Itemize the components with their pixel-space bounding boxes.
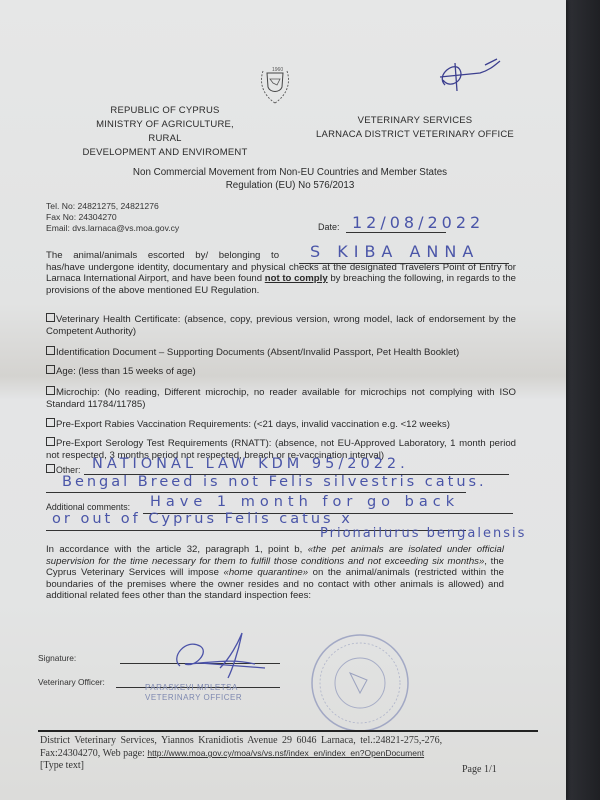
header-service: VETERINARY SERVICES bbox=[295, 114, 535, 128]
checklist-label: Microchip: (No reading, Different microc… bbox=[46, 387, 516, 410]
ministry-header: REPUBLIC OF CYPRUS MINISTRY OF AGRICULTU… bbox=[80, 104, 250, 160]
stamp-officer-name: PARASKEVI MPLETSA bbox=[145, 683, 242, 693]
contact-email: Email: dvs.larnaca@vs.moa.gov.cy bbox=[46, 223, 179, 234]
checkbox[interactable] bbox=[46, 437, 55, 446]
date-label: Date: bbox=[318, 222, 340, 232]
other-line-2 bbox=[46, 492, 466, 493]
footer-fax: Fax:24304270, Web page: bbox=[40, 748, 147, 759]
checklist-item-rabies: Pre-Export Rabies Vaccination Requiremen… bbox=[46, 418, 516, 431]
owner-name-value: S KIBA ANNA bbox=[310, 242, 479, 261]
checklist-label: Pre-Export Rabies Vaccination Requiremen… bbox=[56, 419, 450, 430]
footer-line1: District Veterinary Services, Yiannos Kr… bbox=[40, 735, 540, 747]
title-regulation: Regulation (EU) No 576/2013 bbox=[60, 179, 520, 192]
checkbox[interactable] bbox=[46, 418, 55, 427]
checklist-label: Veterinary Health Certificate: (absence,… bbox=[46, 314, 516, 337]
comments-handwritten-3: Prionailurus bengalensis bbox=[320, 526, 526, 541]
header-country: REPUBLIC OF CYPRUS bbox=[80, 104, 250, 118]
checkbox[interactable] bbox=[46, 464, 55, 473]
article-paragraph: In accordance with the article 32, parag… bbox=[46, 544, 504, 602]
document-title: Non Commercial Movement from Non-EU Coun… bbox=[60, 166, 520, 192]
comments-handwritten-1: Have 1 month for go back bbox=[150, 494, 459, 510]
checklist-label: Age: (less than 15 weeks of age) bbox=[56, 366, 196, 377]
header-ministry-line1: MINISTRY OF AGRICULTURE, RURAL bbox=[80, 118, 250, 146]
header-office: LARNACA DISTRICT VETERINARY OFFICE bbox=[295, 128, 535, 142]
handwritten-initials bbox=[425, 55, 505, 95]
checklist-label: Identification Document – Supporting Doc… bbox=[56, 347, 459, 358]
comments-handwritten-2: or out of Cyprus Felis catus x bbox=[52, 511, 353, 527]
header-ministry-line2: DEVELOPMENT AND ENVIROMENT bbox=[80, 146, 250, 160]
checklist-item-age: Age: (less than 15 weeks of age) bbox=[46, 365, 516, 378]
checkbox[interactable] bbox=[46, 386, 55, 395]
officer-signature bbox=[160, 628, 280, 683]
office-header: VETERINARY SERVICES LARNACA DISTRICT VET… bbox=[295, 114, 535, 142]
document-page: 1960 REPUBLIC OF CYPRUS MINISTRY OF AGRI… bbox=[0, 0, 566, 800]
owner-name-line bbox=[299, 263, 509, 264]
footer-web-link[interactable]: http://www.moa.gov.cy/moa/vs/vs.nsf/inde… bbox=[147, 748, 424, 758]
contact-block: Tel. No: 24821275, 24821276 Fax No: 2430… bbox=[46, 201, 179, 234]
checkbox[interactable] bbox=[46, 365, 55, 374]
checkbox[interactable] bbox=[46, 313, 55, 322]
official-round-stamp bbox=[305, 628, 415, 738]
date-value: 12/08/2022 bbox=[352, 213, 484, 232]
coat-of-arms-icon: 1960 bbox=[255, 65, 295, 110]
date-field-line bbox=[346, 232, 446, 233]
stamp-officer-title: VETERINARY OFFICER bbox=[145, 693, 242, 703]
contact-tel: Tel. No: 24821275, 24821276 bbox=[46, 201, 179, 212]
checkbox[interactable] bbox=[46, 346, 55, 355]
other-handwritten-1: NATIONAL LAW KDM 95/2022. bbox=[92, 456, 409, 472]
checklist-item-identification: Identification Document – Supporting Doc… bbox=[46, 346, 516, 359]
contact-fax: Fax No: 24304270 bbox=[46, 212, 179, 223]
checklist-item-microchip: Microchip: (No reading, Different microc… bbox=[46, 386, 516, 411]
signature-label: Signature: bbox=[38, 653, 76, 663]
svg-text:1960: 1960 bbox=[272, 67, 283, 73]
home-quarantine-quote: «home quarantine» bbox=[223, 567, 308, 578]
page-number: Page 1/1 bbox=[462, 764, 497, 775]
title-line1: Non Commercial Movement from Non-EU Coun… bbox=[60, 166, 520, 179]
article-text: In accordance with the article 32, parag… bbox=[46, 544, 308, 555]
checklist-item-health-certificate: Veterinary Health Certificate: (absence,… bbox=[46, 313, 516, 338]
officer-label: Veterinary Officer: bbox=[38, 677, 105, 687]
officer-name-stamp: PARASKEVI MPLETSA VETERINARY OFFICER bbox=[145, 683, 242, 703]
footer-divider bbox=[38, 730, 538, 732]
not-to-comply-emphasis: not to comply bbox=[265, 273, 328, 284]
other-handwritten-2: Bengal Breed is not Felis silvestris cat… bbox=[62, 474, 487, 490]
